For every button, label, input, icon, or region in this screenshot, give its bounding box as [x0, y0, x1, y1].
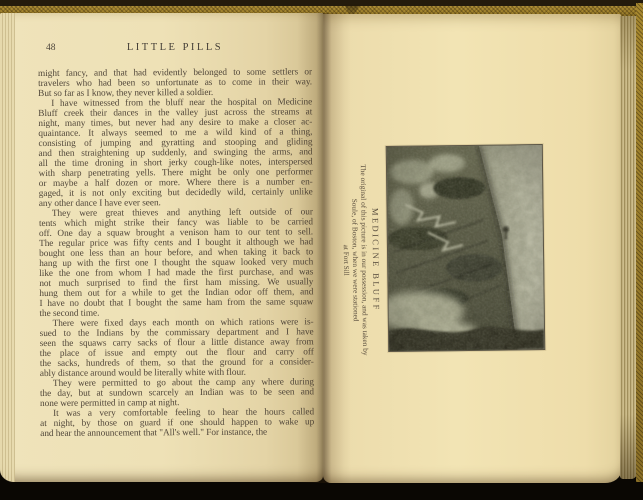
right-page-fore-edge: [620, 16, 637, 479]
background-top-strip: [0, 0, 643, 6]
body-text-block: might fancy, and that had evidently belo…: [38, 67, 314, 439]
paragraph: There were fixed days each month on whic…: [40, 317, 314, 379]
text-line: and hear the announcement that "All's we…: [40, 427, 314, 439]
paragraph: They were great thieves and anything lef…: [39, 207, 314, 319]
book-cover-right-edge: [636, 3, 643, 482]
paragraph: might fancy, and that had evidently belo…: [38, 67, 312, 99]
plate-caption: MEDICINE BLUFF The original of this pict…: [340, 148, 383, 372]
left-page-fore-edge: [0, 13, 15, 482]
text-line: I have no doubt that I bought the same h…: [39, 297, 313, 309]
plate-photo: [386, 144, 546, 352]
paragraph: They were permitted to go about the camp…: [40, 377, 314, 409]
open-book-scan: 48 LITTLE PILLS might fancy, and that ha…: [0, 0, 643, 500]
bluff-photo-image: [387, 145, 544, 351]
text-line: gaged, it is not only exciting but decid…: [39, 187, 313, 199]
running-header: LITTLE PILLS: [38, 42, 312, 53]
paragraph: I have witnessed from the bluff near the…: [38, 97, 313, 209]
plate-caption-lines: The original of this picture is in our p…: [340, 148, 369, 372]
paragraph: It was a very comfortable feeling to hea…: [40, 407, 314, 439]
